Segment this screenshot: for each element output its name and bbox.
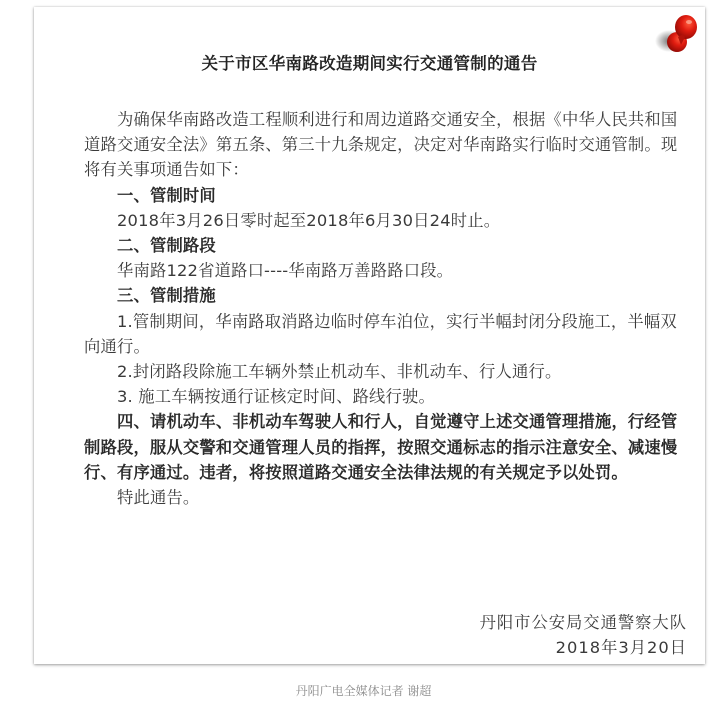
measure-item: 3. 施工车辆按通行证核定时间、路线行驶。	[84, 384, 692, 409]
section-heading: 三、管制措施	[84, 283, 692, 308]
signature-block: 丹阳市公安局交通警察大队 2018年3月20日	[480, 610, 687, 660]
section-heading: 一、管制时间	[84, 183, 692, 208]
closing-text: 特此通告。	[84, 485, 692, 510]
pushpin-icon	[655, 13, 701, 55]
notice-card: 关于市区华南路改造期间实行交通管制的通告 为确保华南路改造工程顺利进行和周边道路…	[34, 7, 705, 664]
section-heading: 二、管制路段	[84, 233, 692, 258]
photo-caption: 丹阳广电全媒体记者 谢超	[0, 682, 727, 699]
notice-title: 关于市区华南路改造期间实行交通管制的通告	[34, 50, 705, 74]
issue-date: 2018年3月20日	[480, 635, 687, 660]
section-four-paragraph: 四、请机动车、非机动车驾驶人和行人，自觉遵守上述交通管理措施，行经管制路段，服从…	[84, 409, 692, 485]
section-content: 华南路122省道路口----华南路万善路路口段。	[84, 258, 692, 283]
notice-body: 为确保华南路改造工程顺利进行和周边道路交通安全，根据《中华人民共和国道路交通安全…	[84, 107, 692, 510]
issuer-name: 丹阳市公安局交通警察大队	[480, 610, 687, 635]
section-content: 2018年3月26日零时起至2018年6月30日24时止。	[84, 208, 692, 233]
intro-paragraph: 为确保华南路改造工程顺利进行和周边道路交通安全，根据《中华人民共和国道路交通安全…	[84, 107, 692, 183]
measure-item: 2.封闭路段除施工车辆外禁止机动车、非机动车、行人通行。	[84, 359, 692, 384]
measure-item: 1.管制期间，华南路取消路边临时停车泊位，实行半幅封闭分段施工，半幅双向通行。	[84, 309, 692, 359]
